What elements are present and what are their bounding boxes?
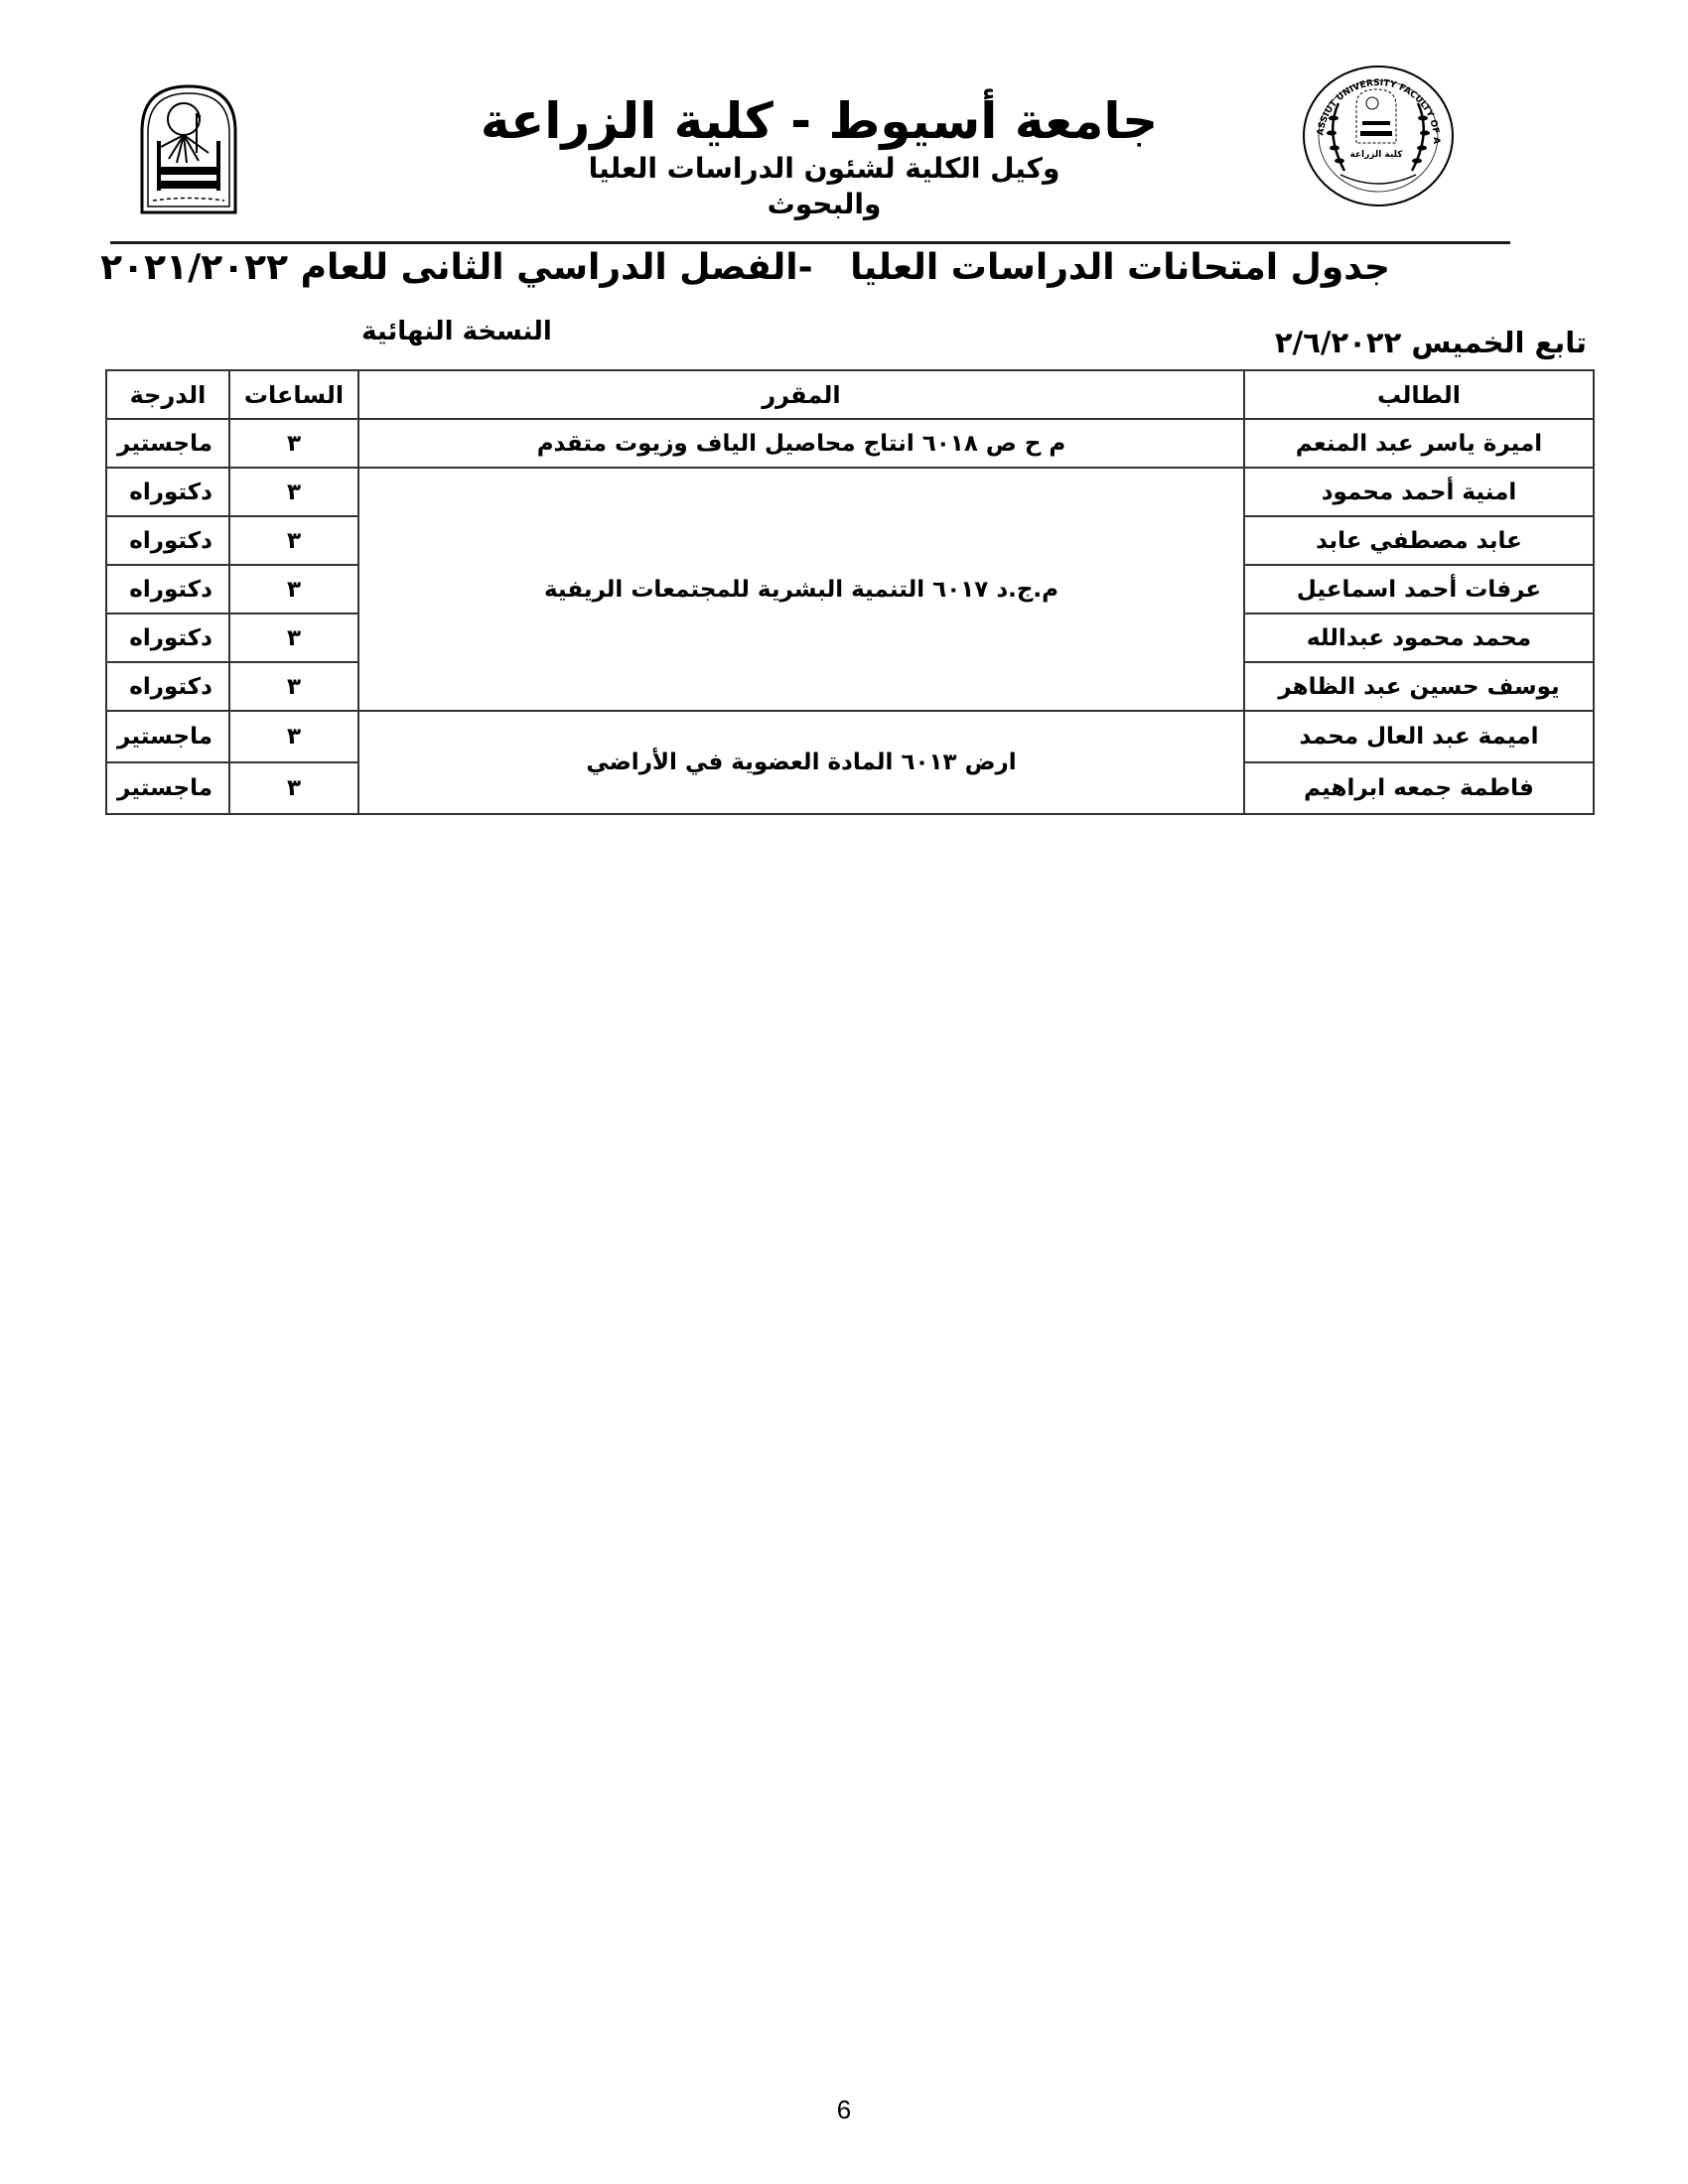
student-name: محمد محمود عبدالله	[1244, 614, 1594, 662]
degree-cell: دكتوراه	[106, 614, 229, 662]
exam-schedule-table: الطالب المقرر الساعات الدرجة اميرة ياسر …	[105, 369, 1595, 815]
course-cell: ارض ٦٠١٣ المادة العضوية في الأراضي	[358, 711, 1244, 814]
student-name: اميمة عبد العال محمد	[1244, 711, 1594, 762]
student-name: اميرة ياسر عبد المنعم	[1244, 419, 1594, 468]
column-header-degree: الدرجة	[106, 370, 229, 419]
column-header-hours: الساعات	[229, 370, 358, 419]
student-name: يوسف حسين عبد الظاهر	[1244, 662, 1594, 711]
hours-cell: ٣	[229, 762, 358, 814]
day-date-label: تابع الخميس ٢/٦/٢٠٢٢	[1271, 324, 1587, 361]
hours-cell: ٣	[229, 711, 358, 762]
page-number: 6	[814, 2093, 874, 2126]
degree-cell: دكتوراه	[106, 662, 229, 711]
faculty-of-agriculture-seal-icon: ASSIUT UNIVERSITY FACULTY OF AGRICULTURE…	[1301, 64, 1456, 208]
university-title: جامعة أسيوط - كلية الزراعة	[437, 91, 1201, 151]
svg-text:كلية الزراعة: كلية الزراعة	[1349, 150, 1403, 160]
degree-cell: دكتوراه	[106, 468, 229, 516]
degree-cell: دكتوراه	[106, 565, 229, 614]
student-name: عرفات أحمد اسماعيل	[1244, 565, 1594, 614]
degree-cell: ماجستير	[106, 419, 229, 468]
hours-cell: ٣	[229, 565, 358, 614]
table-row: امنية أحمد محمود م.ج.د ٦٠١٧ التنمية البش…	[106, 468, 1594, 516]
office-subtitle: وكيل الكلية لشئون الدراسات العليا والبحو…	[556, 151, 1092, 222]
version-label: النسخة النهائية	[328, 314, 586, 349]
degree-cell: ماجستير	[106, 762, 229, 814]
hours-cell: ٣	[229, 662, 358, 711]
course-cell: م ح ص ٦٠١٨ انتاج محاصيل الياف وزيوت متقد…	[358, 419, 1244, 468]
exam-schedule-title: جدول امتحانات الدراسات العليا -الفصل الد…	[298, 244, 1390, 292]
hours-cell: ٣	[229, 468, 358, 516]
degree-cell: ماجستير	[106, 711, 229, 762]
degree-cell: دكتوراه	[106, 516, 229, 565]
table-row: اميمة عبد العال محمد ارض ٦٠١٣ المادة الع…	[106, 711, 1594, 762]
table-header-row: الطالب المقرر الساعات الدرجة	[106, 370, 1594, 419]
table-row: اميرة ياسر عبد المنعم م ح ص ٦٠١٨ انتاج م…	[106, 419, 1594, 468]
course-cell: م.ج.د ٦٠١٧ التنمية البشرية للمجتمعات الر…	[358, 468, 1244, 711]
hours-cell: ٣	[229, 419, 358, 468]
hours-cell: ٣	[229, 516, 358, 565]
hours-cell: ٣	[229, 614, 358, 662]
assiut-university-logo-icon	[139, 83, 238, 214]
column-header-student: الطالب	[1244, 370, 1594, 419]
student-name: عابد مصطفي عابد	[1244, 516, 1594, 565]
student-name: فاطمة جمعه ابراهيم	[1244, 762, 1594, 814]
column-header-course: المقرر	[358, 370, 1244, 419]
student-name: امنية أحمد محمود	[1244, 468, 1594, 516]
